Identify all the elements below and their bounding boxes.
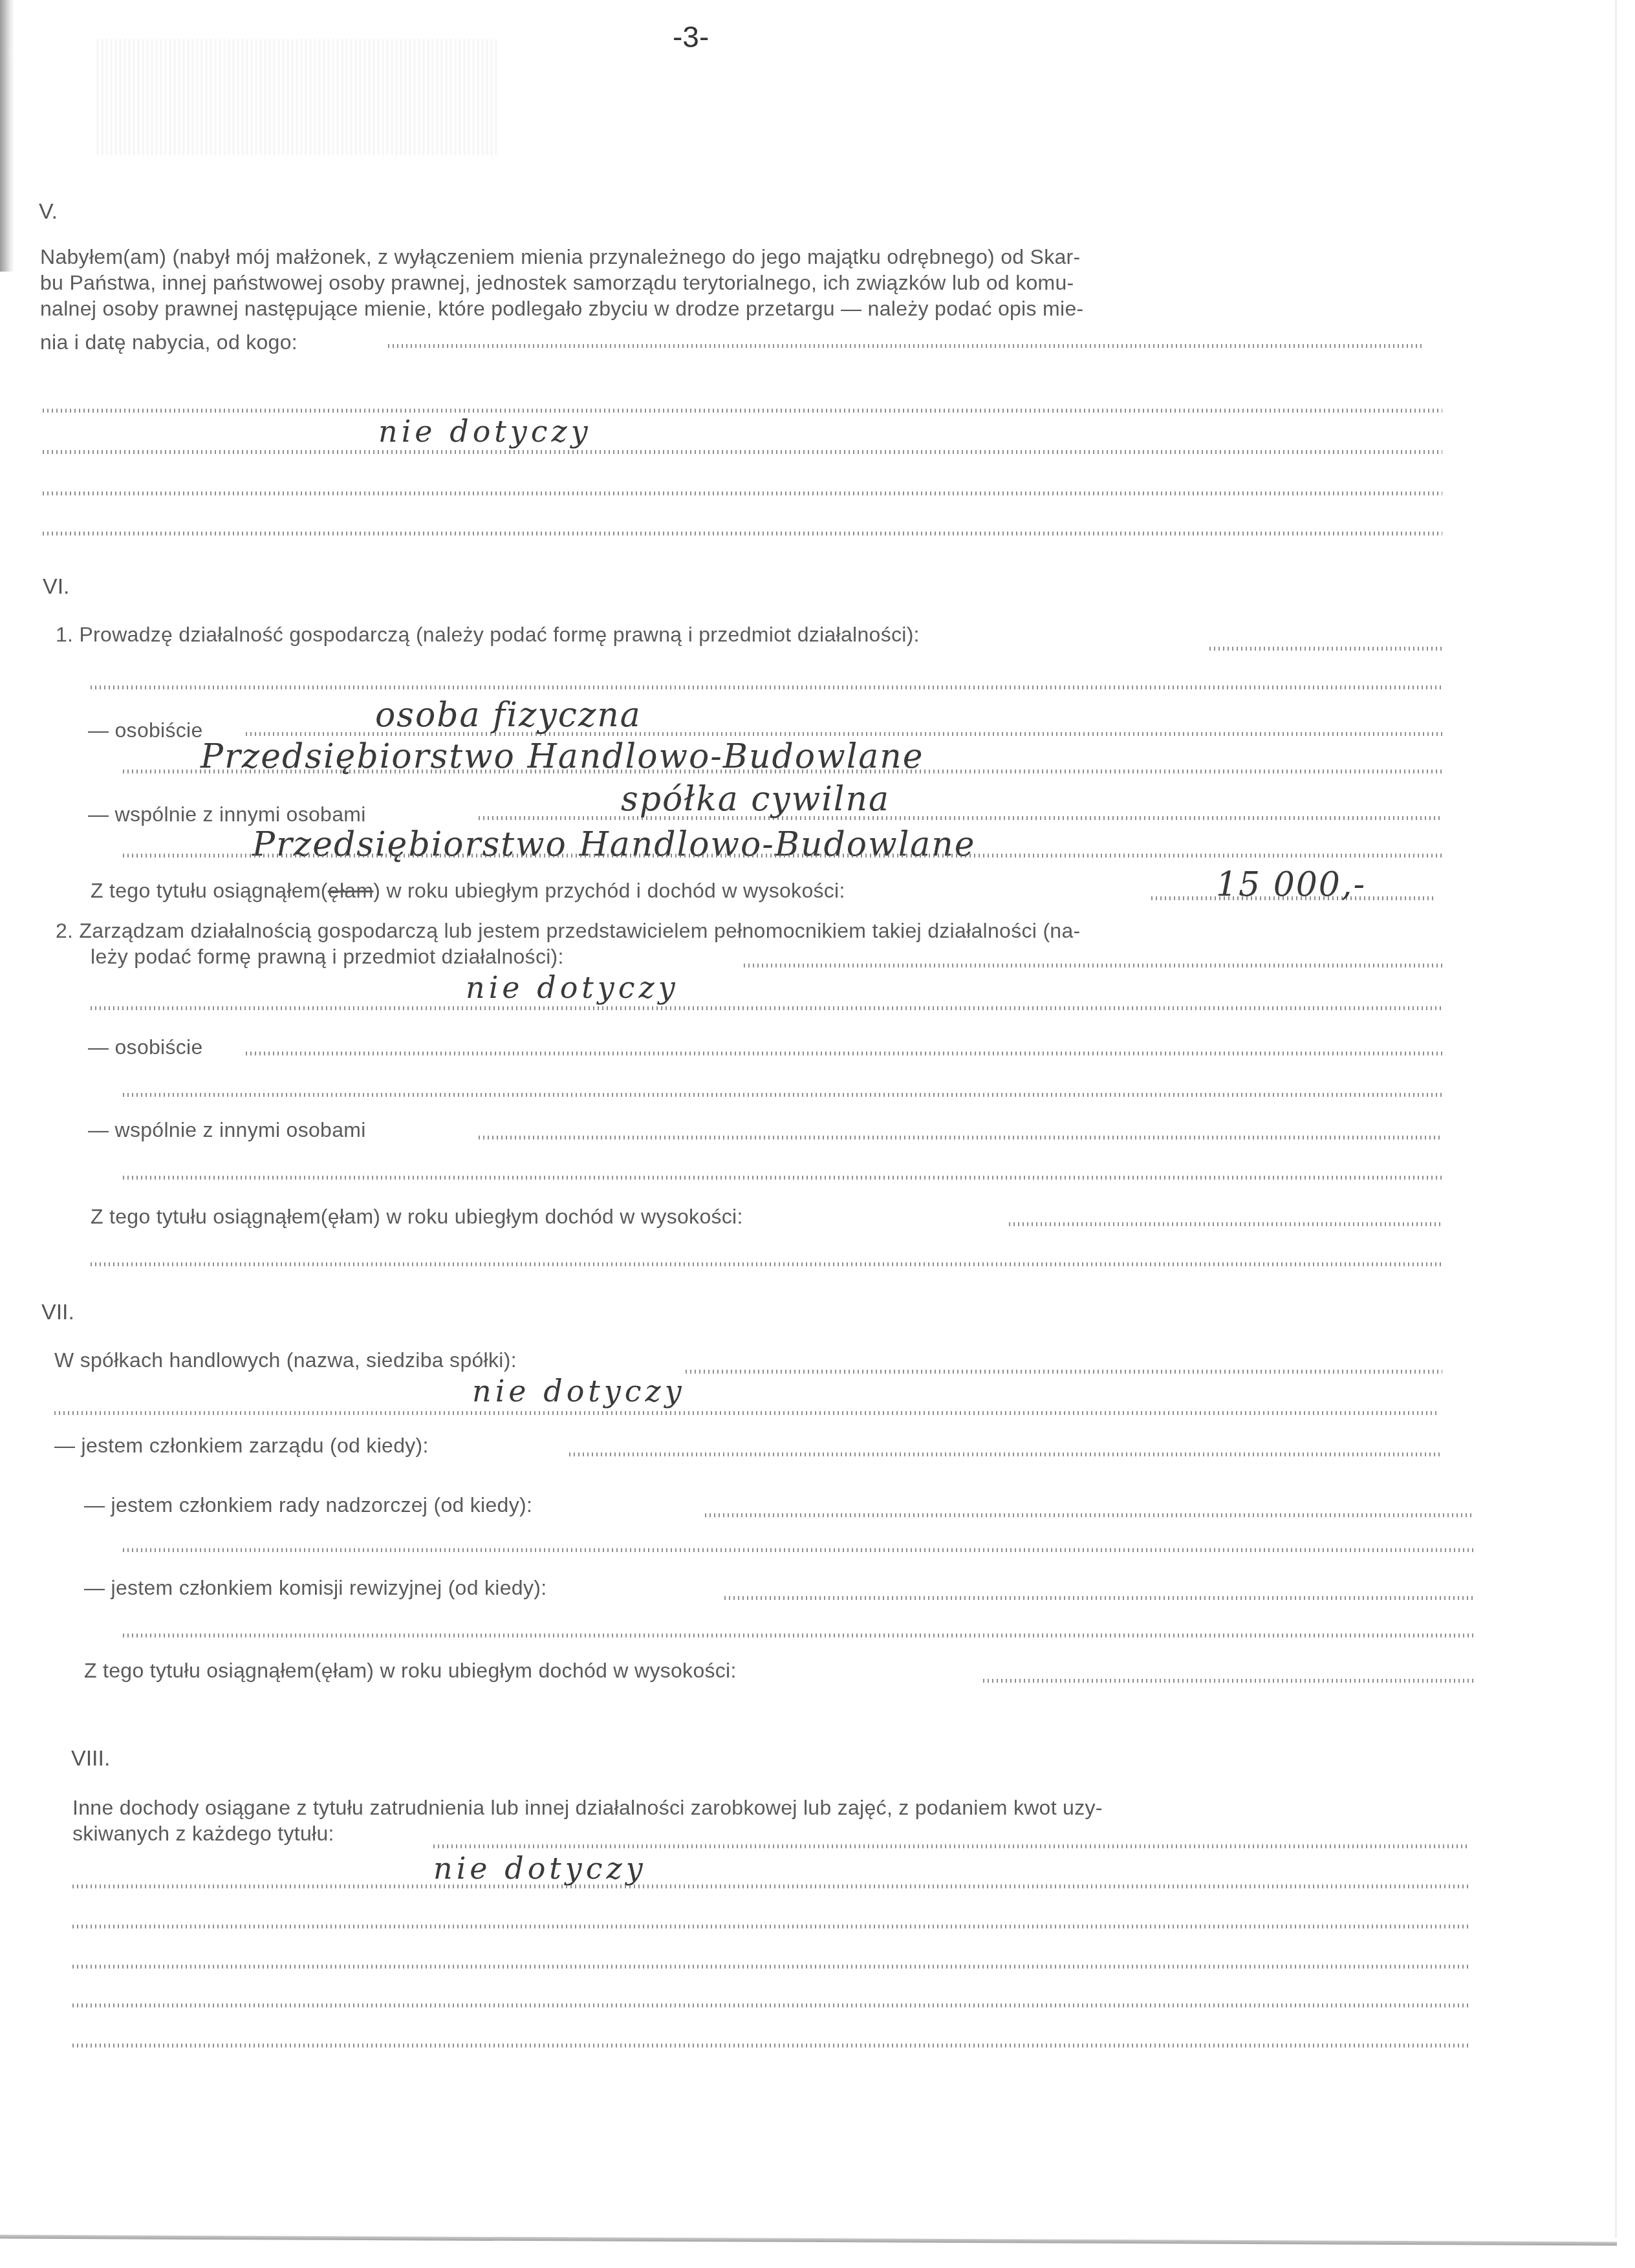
- section-vii-income-label: Z tego tytułu osiągnąłem(ęłam) w roku ub…: [84, 1658, 737, 1683]
- section-vii-supervisory-label: — jestem członkiem rady nadzorczej (od k…: [84, 1493, 532, 1517]
- section-vi-item2-label-line-1: 2. Zarządzam działalnością gospodarczą l…: [56, 918, 1081, 943]
- section-vii-answer: nie dotyczy: [472, 1374, 686, 1409]
- scan-shadow-right: [1615, 0, 1617, 2238]
- section-vii-label: W spółkach handlowych (nazwa, siedziba s…: [54, 1348, 517, 1372]
- section-viii-fill-line: [72, 1885, 1469, 1888]
- section-vii-board-fill-line: [569, 1453, 1442, 1456]
- section-viii-fill-line: [72, 2044, 1469, 2047]
- section-vi-item1-jointly-answer-2: Przedsiębiorstwo Handlowo-Budowlane: [252, 825, 976, 864]
- section-vii-income-fill-line: [983, 1679, 1475, 1683]
- section-viii-fill-line: [72, 2003, 1469, 2007]
- section-vi-item2-personally-fill-line: [246, 1052, 1442, 1055]
- section-vii-audit-fill-line: [724, 1596, 1475, 1600]
- section-v-fill-line: [43, 450, 1442, 454]
- section-viii-numeral: VIII.: [71, 1746, 110, 1771]
- section-vii-fill-line: [123, 1634, 1475, 1637]
- section-vi-item2-personally-label: — osobiście: [88, 1035, 203, 1059]
- section-viii-fill-line: [72, 1965, 1469, 1969]
- section-vi-item1-fill-line: [91, 686, 1442, 689]
- section-vi-item1-income-label: Z tego tytułu osiągnąłem(ęłam) w roku ub…: [91, 878, 845, 903]
- income-label-struck: ęłam: [328, 879, 374, 902]
- section-vi-item2-fill-line: [744, 964, 1442, 967]
- section-v-fill-line: [43, 532, 1442, 535]
- section-v-text-line-3: nalnej osoby prawnej następujące mienie,…: [40, 296, 1083, 321]
- section-vi-item2-answer: nie dotyczy: [466, 970, 679, 1005]
- section-viii-label-line-2: skiwanych z każdego tytułu:: [72, 1821, 334, 1846]
- section-vi-item2-fill-line: [91, 1262, 1442, 1266]
- section-vii-fill-line: [54, 1411, 1438, 1415]
- section-vi-item2-income-label: Z tego tytułu osiągnąłem(ęłam) w roku ub…: [91, 1204, 743, 1229]
- section-vi-item2-fill-line: [123, 1093, 1442, 1097]
- section-v-fill-line: [388, 344, 1423, 348]
- section-v-answer: nie dotyczy: [378, 414, 592, 449]
- section-vi-item2-jointly-fill-line: [479, 1136, 1442, 1139]
- income-label-part: ) w roku ubiegłym przychód i dochód w wy…: [373, 879, 845, 902]
- section-v-fill-line: [43, 409, 1442, 413]
- section-vi-item1-jointly-answer-1: spółka cywilna: [621, 780, 890, 819]
- section-viii-answer: nie dotyczy: [433, 1851, 647, 1886]
- section-vii-fill-line: [123, 1548, 1475, 1552]
- income-label-part: Z tego tytułu osiągnąłem(: [91, 879, 328, 902]
- section-vii-board-label: — jestem członkiem zarządu (od kiedy):: [54, 1433, 429, 1458]
- section-vi-item1-fill-line: [123, 854, 1442, 858]
- section-vi-item1-personally-answer-1: osoba fizyczna: [375, 696, 642, 735]
- section-v-fill-line: [43, 491, 1442, 495]
- section-vi-item2-jointly-label: — wspólnie z innymi osobami: [88, 1118, 366, 1142]
- section-vii-audit-label: — jestem członkiem komisji rewizyjnej (o…: [84, 1575, 547, 1600]
- scan-shadow-left: [0, 0, 14, 272]
- section-viii-fill-line: [433, 1844, 1468, 1848]
- section-vi-item2-fill-line: [123, 1176, 1442, 1180]
- section-vi-item1-fill-line: [1209, 647, 1442, 651]
- section-vi-item2-fill-line: [91, 1006, 1442, 1010]
- section-viii-label-line-1: Inne dochody osiągane z tytułu zatrudnie…: [72, 1795, 1103, 1820]
- section-vi-item1-income-value: 15 000,-: [1216, 865, 1366, 904]
- section-vi-item1-fill-line: [123, 770, 1442, 773]
- section-vi-item1-personally-label: — osobiście: [88, 718, 203, 742]
- section-vi-numeral: VI.: [43, 574, 70, 599]
- section-vi-item2-label-line-2: leży podać formę prawną i przedmiot dzia…: [91, 944, 564, 969]
- bleed-through-smudge: [97, 39, 498, 155]
- section-vi-item1-jointly-label: — wspólnie z innymi osobami: [88, 802, 366, 826]
- section-v-text-line-2: bu Państwa, innej państwowej osoby prawn…: [40, 270, 1074, 295]
- section-vii-numeral: VII.: [41, 1300, 74, 1325]
- page-number: -3-: [673, 19, 709, 54]
- section-v-text-line-1: Nabyłem(am) (nabył mój małżonek, z wyłąc…: [40, 244, 1081, 269]
- section-v-numeral: V.: [39, 199, 58, 224]
- section-v-text-line-4: nia i datę nabycia, od kogo:: [40, 330, 298, 354]
- section-vi-item2-income-fill-line: [1009, 1222, 1442, 1226]
- section-vi-item1-label: 1. Prowadzę działalność gospodarczą (nal…: [56, 622, 920, 647]
- paper-bottom-edge: [0, 2235, 1617, 2246]
- section-vii-supervisory-fill-line: [705, 1513, 1475, 1517]
- section-vii-fill-line: [686, 1370, 1442, 1374]
- section-viii-fill-line: [72, 1925, 1469, 1928]
